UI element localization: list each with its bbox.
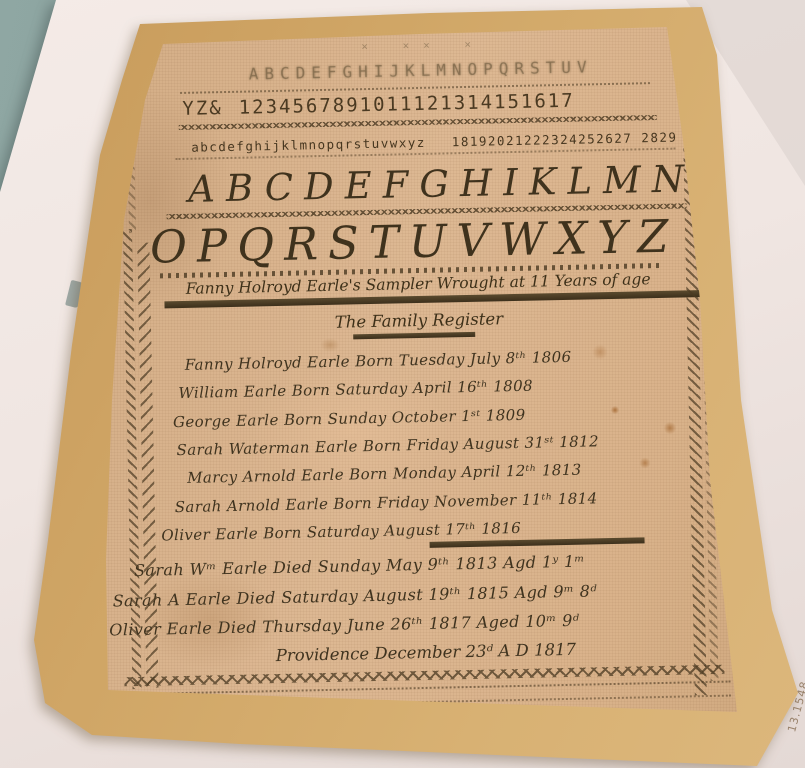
sampler-stitching: × ×× × ABCDEFGHIJKLMNOPQRSTUV YZ&1234567… [93,20,747,725]
number-sequence: 1234567891011121314151617 [239,90,575,119]
death-record: Sarah A Earle Died Saturday August 19ᵗʰ … [113,581,598,610]
family-register-heading: The Family Register [239,307,599,334]
death-record: Sarah Wᵐ Earle Died Sunday May 9ᵗʰ 1813 … [134,552,585,580]
alphabet-row-faded: ABCDEFGHIJKLMNOPQRSTUV [206,56,636,84]
alphabet-tail: YZ& [182,97,223,120]
heading-underline [353,332,475,340]
birth-record: Fanny Holroyd Earle Born Tuesday July 8ᵗ… [185,348,572,374]
death-record: Oliver Earle Died Thursday June 26ᵗʰ 181… [109,611,580,640]
number-row: YZ&1234567891011121314151617 [182,90,575,120]
lowercase-letters: abcdefghijklmnopqrstuvwxyz [191,135,426,155]
lowercase-numbers: 18192021222324252627 2829 [452,130,678,150]
birth-record: Sarah Waterman Earle Born Friday August … [176,432,599,459]
closing-line: Providence December 23ᵈ A D 1817 [216,639,636,667]
birth-record: George Earle Born Sunday October 1ˢᵗ 180… [173,406,526,431]
stitch-band [430,537,645,548]
birth-record: Sarah Arnold Earle Born Friday November … [175,489,598,516]
birth-record: William Earle Born Saturday April 16ᵗʰ 1… [178,377,533,402]
birth-record: Marcy Arnold Earle Born Monday April 12ᵗ… [187,461,582,487]
photo-of-sampler: × ×× × ABCDEFGHIJKLMNOPQRSTUV YZ&1234567… [0,0,805,768]
script-alphabet-row-1: ABCDEFGHIKLMN [188,158,669,211]
